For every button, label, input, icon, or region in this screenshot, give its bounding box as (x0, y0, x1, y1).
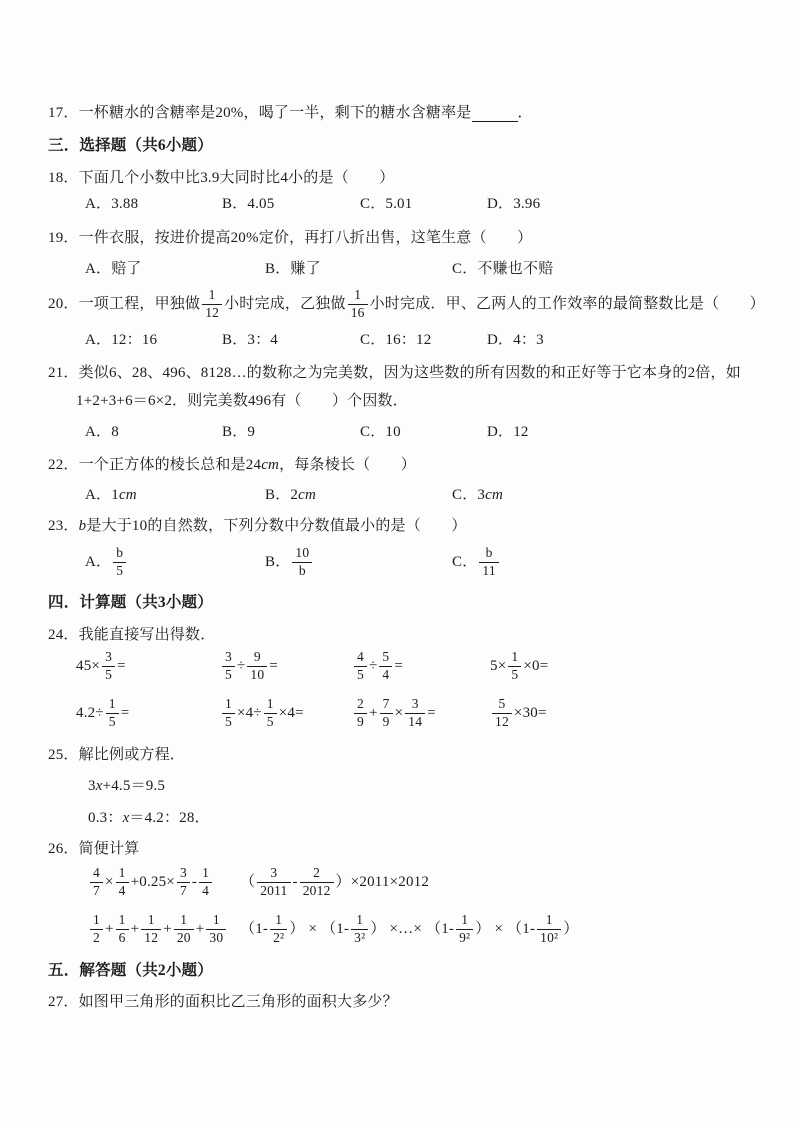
question-18: 18．下面几个小数中比3.9大同时比4小的是（ ） (48, 169, 394, 188)
question-25: 25．解比例或方程． (48, 746, 185, 765)
text-run: （ (240, 873, 255, 892)
text-run: 17．一杯糖水的含糖率是20%，喝了一半，剩下的糖水含糖率是 (48, 104, 472, 123)
fraction-denominator: 9² (456, 929, 473, 946)
fraction: 910 (247, 650, 267, 683)
fraction-denominator: 20 (174, 929, 194, 946)
text-run: 45× (76, 657, 100, 676)
q20-option-a: A．12：16 (85, 331, 157, 350)
text-run: 22．一个正方体的棱长总和是24 (48, 456, 261, 475)
text-run: 21．类似6、28、496、8128…的数称之为完美数，因为这些数的所有因数的和… (48, 364, 741, 383)
fraction-numerator: 4 (354, 650, 367, 666)
text-run: 0.3： (88, 809, 123, 828)
fraction-numerator: 1 (222, 697, 235, 713)
text-run: 4.2÷ (76, 704, 104, 723)
fraction: 112 (202, 288, 222, 321)
fraction-denominator: 2012 (300, 882, 334, 899)
fraction: b11 (479, 546, 498, 579)
variable: cm (261, 456, 279, 475)
question-23: 23．b是大于10的自然数，下列分数中分数值最小的是（ ） (48, 517, 467, 536)
text-run: 27．如图甲三角形的面积比乙三角形的面积大多少？ (48, 993, 398, 1012)
fraction-numerator: 3 (102, 650, 115, 666)
text-run: A．8 (85, 423, 119, 442)
q19-option-c: C．不赚也不赔 (452, 260, 553, 279)
text-run: 三．选择题（共6小题） (48, 136, 213, 155)
text-run: ） × （1- (475, 920, 535, 939)
text-run: + (163, 920, 172, 939)
text-run: + (196, 920, 205, 939)
text-run: = (269, 657, 278, 676)
fraction-numerator: 1 (141, 913, 161, 929)
fraction-numerator: 3 (257, 866, 290, 882)
text-run: A． (85, 553, 111, 572)
text-run: C．3 (452, 486, 485, 505)
fraction-denominator: 9 (380, 713, 393, 730)
fraction-denominator: 5 (113, 562, 126, 579)
q18-option-d: D．3.96 (487, 195, 540, 214)
q19-option-a: A．赔了 (85, 260, 142, 279)
fraction-denominator: 14 (405, 713, 425, 730)
text-run: A．3.88 (85, 195, 138, 214)
fraction-numerator: 1 (348, 288, 368, 304)
text-run: B． (265, 553, 290, 572)
fraction-denominator: 4 (379, 666, 392, 683)
fraction-numerator: 1 (537, 913, 561, 929)
fraction-numerator: 1 (116, 866, 129, 882)
fraction-denominator: 6 (116, 929, 129, 946)
fraction: 116 (348, 288, 368, 321)
fraction: 112 (141, 913, 161, 946)
text-run: 五．解答题（共2小题） (48, 961, 213, 980)
text-run: B．4.05 (222, 195, 274, 214)
text-run: +0.25× (131, 873, 175, 892)
fraction: 15 (106, 697, 119, 730)
fraction-numerator: 2 (354, 697, 367, 713)
fraction-denominator: 9 (354, 713, 367, 730)
text-run: B．2 (265, 486, 298, 505)
q25-equation1: 3x+4.5＝9.5 (88, 777, 165, 796)
q18-option-b: B．4.05 (222, 195, 274, 214)
text-run: ） (563, 920, 578, 939)
fraction-numerator: 1 (106, 697, 119, 713)
fraction: 16 (116, 913, 129, 946)
fraction: 47 (90, 866, 103, 899)
text-run: 是大于10的自然数，下列分数中分数值最小的是（ ） (86, 517, 466, 536)
document-page: 17．一杯糖水的含糖率是20%，喝了一半，剩下的糖水含糖率是．三．选择题（共6小… (0, 0, 793, 1122)
q22-option-c: C．3cm (452, 486, 503, 505)
q25-equation2: 0.3：x＝4.2：28． (88, 809, 210, 828)
q21-option-b: B．9 (222, 423, 255, 442)
text-run: 20．一项工程，甲独做 (48, 295, 200, 314)
q24-row2-expr4: 512×30= (490, 697, 547, 730)
text-run: +4.5＝9.5 (103, 777, 166, 796)
text-run: A．赔了 (85, 260, 142, 279)
text-run: = (117, 657, 126, 676)
text-run: ． (518, 104, 533, 123)
text-run: 3 (88, 777, 96, 796)
q18-option-c: C．5.01 (360, 195, 412, 214)
text-run: B．3：4 (222, 331, 278, 350)
variable: cm (119, 486, 137, 505)
fraction-denominator: 7 (177, 882, 190, 899)
fraction-denominator: 5 (222, 713, 235, 730)
text-run: + (105, 920, 114, 939)
fraction-denominator: 2² (270, 929, 287, 946)
fraction-denominator: 12 (492, 713, 512, 730)
text-run: 24．我能直接写出得数． (48, 626, 215, 645)
q24-row2-expr1: 4.2÷15= (76, 697, 129, 730)
text-run: 18．下面几个小数中比3.9大同时比4小的是（ ） (48, 169, 394, 188)
text-run: 25．解比例或方程． (48, 746, 185, 765)
variable: cm (485, 486, 503, 505)
fraction-numerator: 3 (405, 697, 425, 713)
text-run: 5× (490, 657, 506, 676)
q26-row2-expr2: （1-12²） × （1-13²） ×…× （1-19²） × （1-110²） (240, 913, 579, 946)
text-run: 四．计算题（共3小题） (48, 593, 213, 612)
q26-row1-expr2: （32011-22012）×2011×2012 (240, 866, 429, 899)
text-run: C．16：12 (360, 331, 431, 350)
question-19: 19．一件衣服，按进价提高20%定价，再打八折出售，这笔生意（ ） (48, 229, 532, 248)
text-run: D．3.96 (487, 195, 540, 214)
fraction-numerator: 1 (202, 288, 222, 304)
fraction-denominator: 2 (90, 929, 103, 946)
text-run: ÷ (369, 657, 377, 676)
text-run: = (121, 704, 130, 723)
fraction-numerator: 5 (492, 697, 512, 713)
fraction-denominator: 3² (351, 929, 368, 946)
text-run: （1- (240, 920, 268, 939)
q23-option-a: A．b5 (85, 546, 128, 579)
q22-option-a: A．1cm (85, 486, 137, 505)
fraction-denominator: 10² (537, 929, 561, 946)
fraction-denominator: 10 (247, 666, 267, 683)
variable: x (96, 777, 103, 796)
fraction-denominator: b (292, 562, 312, 579)
fraction-denominator: 4 (199, 882, 212, 899)
fraction: 45 (354, 650, 367, 683)
fraction-denominator: 5 (102, 666, 115, 683)
fraction-numerator: b (113, 546, 126, 562)
fraction-numerator: 3 (222, 650, 235, 666)
q22-option-b: B．2cm (265, 486, 316, 505)
text-run: D．4：3 (487, 331, 544, 350)
fraction: 35 (222, 650, 235, 683)
text-run: A．12：16 (85, 331, 157, 350)
section-4-header: 四．计算题（共3小题） (48, 593, 213, 612)
text-run: ） × （1- (289, 920, 349, 939)
text-run: 小时完成，乙独做 (224, 295, 346, 314)
answer-blank (472, 105, 518, 122)
fraction-denominator: 12 (202, 304, 222, 321)
fraction-numerator: 4 (90, 866, 103, 882)
fraction-denominator: 5 (508, 666, 521, 683)
variable: x (123, 809, 130, 828)
fraction-numerator: 7 (380, 697, 393, 713)
text-run: - (293, 873, 298, 892)
fraction: 32011 (257, 866, 290, 899)
fraction: 130 (206, 913, 226, 946)
fraction-numerator: 5 (379, 650, 392, 666)
text-run: × (105, 873, 114, 892)
fraction-numerator: 1 (199, 866, 212, 882)
variable: b (79, 517, 87, 536)
fraction-numerator: 1 (206, 913, 226, 929)
section-5-header: 五．解答题（共2小题） (48, 961, 213, 980)
fraction-denominator: 5 (222, 666, 235, 683)
fraction: 512 (492, 697, 512, 730)
question-20: 20．一项工程，甲独做112小时完成，乙独做116小时完成．甲、乙两人的工作效率… (48, 288, 765, 321)
fraction: 314 (405, 697, 425, 730)
text-run: = (394, 657, 403, 676)
variable: cm (298, 486, 316, 505)
fraction-numerator: 1 (456, 913, 473, 929)
fraction-denominator: 12 (141, 929, 161, 946)
q20-option-b: B．3：4 (222, 331, 278, 350)
text-run: + (369, 704, 378, 723)
fraction-numerator: 9 (247, 650, 267, 666)
fraction: 19² (456, 913, 473, 946)
fraction-numerator: 1 (270, 913, 287, 929)
fraction: b5 (113, 546, 126, 579)
fraction-numerator: 10 (292, 546, 312, 562)
fraction-denominator: 2011 (257, 882, 290, 899)
q19-option-b: B．赚了 (265, 260, 321, 279)
fraction-denominator: 4 (116, 882, 129, 899)
question-21-line2: 1+2+3+6＝6×2．则完美数496有（ ）个因数． (76, 392, 408, 411)
q24-row1-expr2: 35÷910= (220, 650, 278, 683)
fraction: 14 (116, 866, 129, 899)
fraction-numerator: b (479, 546, 498, 562)
text-run: 26．简便计算 (48, 840, 139, 859)
text-run: C．不赚也不赔 (452, 260, 553, 279)
fraction: 22012 (300, 866, 334, 899)
text-run: 23． (48, 517, 79, 536)
q21-option-c: C．10 (360, 423, 401, 442)
fraction-denominator: 16 (348, 304, 368, 321)
fraction-denominator: 5 (106, 713, 119, 730)
text-run: ×4= (279, 704, 304, 723)
question-24: 24．我能直接写出得数． (48, 626, 215, 645)
text-run: ×30= (514, 704, 547, 723)
text-run: C．10 (360, 423, 401, 442)
fraction-numerator: 2 (300, 866, 334, 882)
fraction-denominator: 5 (354, 666, 367, 683)
question-26: 26．简便计算 (48, 840, 139, 859)
text-run: = (427, 704, 436, 723)
q23-option-b: B．10b (265, 546, 314, 579)
fraction: 54 (379, 650, 392, 683)
q21-option-d: D．12 (487, 423, 529, 442)
text-run: ÷ (237, 657, 245, 676)
text-run: × (395, 704, 404, 723)
fraction-denominator: 11 (479, 562, 498, 579)
question-21-line1: 21．类似6、28、496、8128…的数称之为完美数，因为这些数的所有因数的和… (48, 364, 741, 383)
q18-option-a: A．3.88 (85, 195, 138, 214)
fraction: 10b (292, 546, 312, 579)
text-run: 小时完成．甲、乙两人的工作效率的最简整数比是（ ） (370, 295, 765, 314)
fraction: 14 (199, 866, 212, 899)
q24-row2-expr2: 15×4÷15×4= (220, 697, 304, 730)
fraction-numerator: 3 (177, 866, 190, 882)
fraction: 12 (90, 913, 103, 946)
q20-option-c: C．16：12 (360, 331, 431, 350)
q21-option-a: A．8 (85, 423, 119, 442)
fraction-numerator: 1 (508, 650, 521, 666)
text-run: - (192, 873, 197, 892)
text-run: B．9 (222, 423, 255, 442)
fraction-denominator: 7 (90, 882, 103, 899)
fraction: 37 (177, 866, 190, 899)
fraction-numerator: 1 (90, 913, 103, 929)
fraction-numerator: 1 (174, 913, 194, 929)
text-run: A．1 (85, 486, 119, 505)
fraction: 110² (537, 913, 561, 946)
fraction-numerator: 1 (264, 697, 277, 713)
text-run: ＝4.2：28． (129, 809, 209, 828)
fraction: 29 (354, 697, 367, 730)
fraction: 12² (270, 913, 287, 946)
q26-row1-expr1: 47×14+0.25×37-14 (88, 866, 214, 899)
fraction-denominator: 30 (206, 929, 226, 946)
fraction-denominator: 5 (264, 713, 277, 730)
q24-row1-expr1: 45×35= (76, 650, 126, 683)
section-3-header: 三．选择题（共6小题） (48, 136, 213, 155)
fraction: 120 (174, 913, 194, 946)
text-run: ）×2011×2012 (336, 873, 430, 892)
text-run: ×4÷ (237, 704, 262, 723)
q24-row2-expr3: 29+79×314= (352, 697, 436, 730)
text-run: ×0= (523, 657, 548, 676)
fraction: 35 (102, 650, 115, 683)
question-17: 17．一杯糖水的含糖率是20%，喝了一半，剩下的糖水含糖率是． (48, 104, 533, 123)
text-run: 1+2+3+6＝6×2．则完美数496有（ ）个因数． (76, 392, 408, 411)
text-run: 19．一件衣服，按进价提高20%定价，再打八折出售，这笔生意（ ） (48, 229, 532, 248)
fraction: 15 (264, 697, 277, 730)
fraction: 13² (351, 913, 368, 946)
text-run: C．5.01 (360, 195, 412, 214)
question-22: 22．一个正方体的棱长总和是24cm，每条棱长（ ） (48, 456, 416, 475)
q24-row1-expr3: 45÷54= (352, 650, 403, 683)
q20-option-d: D．4：3 (487, 331, 544, 350)
fraction-numerator: 1 (116, 913, 129, 929)
text-run: C． (452, 553, 477, 572)
fraction: 15 (222, 697, 235, 730)
fraction: 15 (508, 650, 521, 683)
q26-row2-expr1: 12+16+112+120+130 (88, 913, 228, 946)
q24-row1-expr4: 5×15×0= (490, 650, 548, 683)
text-run: ，每条棱长（ ） (279, 456, 416, 475)
text-run: D．12 (487, 423, 529, 442)
text-run: + (131, 920, 140, 939)
text-run: B．赚了 (265, 260, 321, 279)
text-run: ） ×…× （1- (370, 920, 454, 939)
question-27: 27．如图甲三角形的面积比乙三角形的面积大多少？ (48, 993, 398, 1012)
fraction-numerator: 1 (351, 913, 368, 929)
q23-option-c: C．b11 (452, 546, 501, 579)
fraction: 79 (380, 697, 393, 730)
